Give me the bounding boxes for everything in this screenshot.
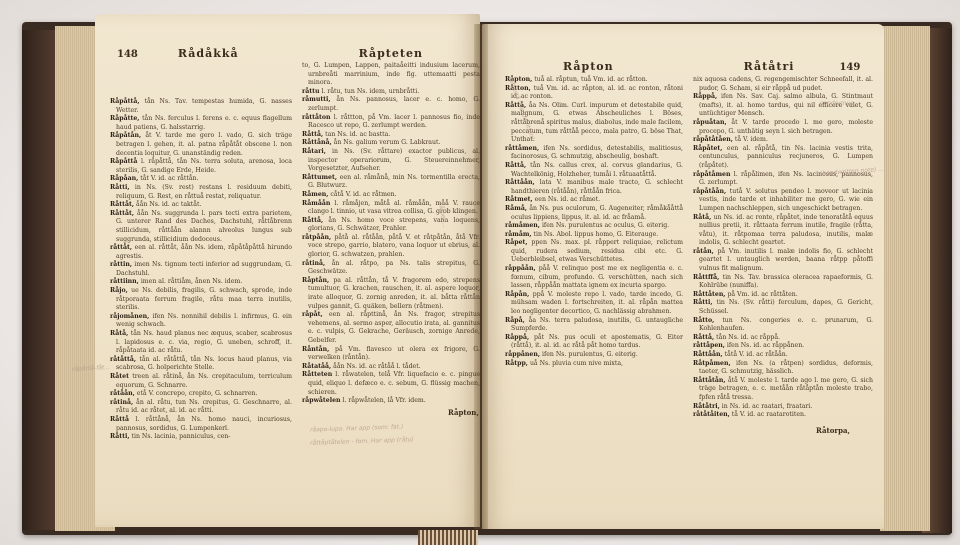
page-stack-right (880, 26, 930, 531)
entry-headword: Råtatåå, (302, 363, 331, 370)
entry-definition: un Ns. id. ac ronte, råpåtet, inde tenor… (699, 214, 873, 247)
entry-definition: åtå V. moleste l. tarde ago l. me gero, … (699, 377, 873, 401)
dictionary-entry: råttiinn, imen al. råttiåm, ånen Ns. ide… (110, 278, 292, 287)
entry-definition: treen al. råtinå, ån Ns. crepitaculum, t… (116, 373, 292, 389)
entry-headword: råpåt, (302, 311, 323, 318)
dictionary-entry: Råtatåå, åån Ns. id. ac råtåå l. tådet. (302, 363, 480, 372)
entry-headword: råttiinn, (110, 278, 139, 285)
entry-headword: Råttåån, (693, 351, 723, 358)
entry-definition: l. råttton, på Vm. lacer l. pannosus fio… (308, 114, 480, 130)
right-header-right-word: Råtåtri (744, 60, 795, 73)
entry-headword: Råpåtet, (693, 145, 722, 152)
entry-definition: påå V. relinquo post me ex negligentia e… (511, 265, 683, 289)
entry-definition: åån Ns. suggrunda l. pars tecti extra pa… (116, 210, 292, 243)
entry-definition: imen Ns. tignum tecti inferior ad suggru… (116, 261, 292, 277)
entry-definition: ån Ns. pus oculorum, G. Augeneiter, råmå… (511, 205, 683, 221)
dictionary-entry: Råtåtri, in Ns. id. ac raatari, fraatari… (693, 403, 873, 412)
entry-headword: Råtet (110, 373, 129, 380)
entry-definition: på Vm. inutilis l. malæ indolis fio, G. … (699, 248, 873, 272)
entry-definition: tuå al. råptun, tuå Vm. id. ac råtton. (534, 76, 647, 83)
entry-definition: ifen Ns. purulentus ac oculus, G. eiteri… (542, 222, 669, 229)
entry-definition: ifen Ns. id. ac råppånen. (727, 342, 804, 349)
entry-headword: råtåån, (110, 390, 135, 397)
dictionary-entry: råtinå, ån al. råtpo, pa Ns. talis strep… (302, 260, 480, 277)
dictionary-entry: råtpåån, påtå al. råtåån, påtå V. et råt… (302, 234, 480, 260)
right-page-number: 149 (839, 62, 860, 73)
dictionary-entry: råttåmen, ifen Ns. sordidus, detestabili… (505, 145, 683, 162)
entry-headword: Råttumet, (302, 174, 337, 181)
dictionary-entry: Råttffå, tin Ns. Tav. brassica oleracea … (693, 274, 873, 291)
dictionary-entry: råpwåtelen l. råpwåtelen, lå Vfr. idem. (302, 397, 480, 406)
handwritten-note: condrymus (820, 100, 853, 107)
dictionary-entry: Råtton, tuå Vm. id. ac råpton, al. id. a… (505, 85, 683, 102)
entry-definition: ifen Ns. purulentus, G. eiterig. (542, 351, 638, 358)
entry-headword: Råpå, (505, 317, 525, 324)
entry-headword: råttåton (302, 114, 330, 121)
right-page-column-2: nix aquosa cadens, G. regengemischter Sc… (693, 76, 873, 420)
entry-headword: Råttå, (693, 334, 714, 341)
dictionary-entry: Råttå l. råttånå, ån Ns. homo nauci, inc… (110, 416, 292, 433)
dictionary-entry: råpåtåån, tutå V. solutus pendeo l. move… (693, 188, 873, 214)
dictionary-entry: Råpåan, tåt V. id. ac råttån. (110, 175, 292, 184)
dictionary-entry: råttåpen, ifen Ns. id. ac råppånen. (693, 342, 873, 351)
entry-definition: ån Ns. galium verum G. Labkraut. (334, 139, 441, 146)
dictionary-entry: Råpåtån, åt V. tarde me gero l. vado, G.… (110, 132, 292, 158)
dictionary-entry: råtåttå, tån al. råtåttå, tån Ns. locus … (110, 356, 292, 373)
entry-headword: råpåtåån, (693, 188, 726, 195)
entry-headword: råtinå, (110, 399, 133, 406)
entry-definition: tå V. idem. (735, 136, 768, 143)
dictionary-entry: Råpåtet, een al. råpåtå, tin Ns. lacinia… (693, 145, 873, 171)
entry-headword: råttåpen, (693, 342, 725, 349)
entry-definition: ån Ns. pannosus, lacer e. c. homo, G. ze… (308, 96, 480, 112)
entry-definition: pa al. råttån, tå V. fragorem edo, strep… (308, 277, 480, 310)
entry-definition: tin Ns. lacinia, panniculus, cen- (131, 433, 230, 440)
entry-definition: tin Ns. Abol. lippus homo, G. Eiterauge. (534, 231, 659, 238)
entry-headword: Råttåt, (110, 210, 134, 217)
entry-headword: råtån, (693, 248, 714, 255)
entry-definition: l. råwatelen, telå Vfr. liquefacio e. c.… (308, 371, 480, 395)
dictionary-entry: råpuåtan, åt V. tarde procedo l. me gero… (693, 119, 873, 136)
entry-definition: ån Ns. homo voce strepens, vana loquens,… (308, 217, 480, 233)
entry-definition: ån al. råtu, tun Ns. crepitus, G. Geschn… (116, 399, 292, 415)
dictionary-entry: råtåån, etå V. concrepo, crepito, G. sch… (110, 390, 292, 399)
dictionary-entry: Råpet, ppen Ns. max. pl. råppert reliqui… (505, 239, 683, 265)
left-header-left-word: Rådåkkå (178, 47, 239, 60)
entry-definition: åån Ns. id. ac råtåå l. tådet. (333, 363, 421, 370)
dictionary-entry: Råtti, tin Ns. lacinia, panniculus, cen- (110, 433, 292, 442)
right-page-catchword: Råtorpa, (816, 426, 850, 435)
dictionary-entry: råpåtåtåen, tå V. idem. (693, 136, 873, 145)
entry-definition: l. råtu, tun Ns. idem, urnbråtti. (321, 88, 419, 95)
left-page-header: 148 Rådåkkå Råpteten (117, 47, 423, 60)
dictionary-entry: Råtti, in Ns. (Sv. rest) restans l. resi… (110, 184, 292, 201)
entry-definition: in Ns. (Sv. rest) restans l. residuum de… (116, 184, 292, 200)
entry-definition: påtå al. råtåån, påtå V. et råtpåtån, åt… (308, 234, 480, 258)
entry-definition: ue Ns. debilis, fragilis, G. schwach, sp… (116, 287, 292, 311)
dictionary-entry: Råpån, ppå V. moleste repo l. vado, tard… (505, 291, 683, 317)
dictionary-entry: Råttåån, tåtå V. id. ac råtåån. (693, 351, 873, 360)
entry-headword: Råtå, (693, 214, 711, 221)
left-page-catchword: Råpton, (448, 408, 479, 417)
entry-headword: Råptån, (302, 277, 329, 284)
entry-definition: een Ns. id. ac råmet. (535, 196, 600, 203)
entry-headword: Råtari, (302, 148, 326, 155)
entry-headword: Råpåtån, (110, 132, 141, 139)
entry-definition: ppå V. moleste repo l. vado, tarde inced… (511, 291, 683, 315)
entry-definition: tåtå V. id. ac råtåån. (725, 351, 788, 358)
dictionary-entry: Råttånå, ån Ns. galium verum G. Labkraut… (302, 139, 480, 148)
entry-definition: tån Ns. Tav. tempestas humida, G. nasses… (116, 98, 292, 114)
entry-definition: tan Ns. id. ac bastta. (325, 131, 390, 138)
dictionary-entry: Råptån, pa al. råttån, tå V. fragorem ed… (302, 277, 480, 311)
entry-headword: råpåtåmen (693, 171, 730, 178)
dictionary-entry: Råtto, tun Ns. congeries e. c. prunarum,… (693, 317, 873, 334)
entry-definition: tån Ns. haud planus nec æquus, scaber, s… (116, 330, 292, 354)
entry-headword: Råjo, (110, 287, 128, 294)
dictionary-entry: to, G. Lumpen, Lappen, paitaåeitti indus… (302, 62, 480, 88)
dictionary-entry: Råttå, ån Ns. homo voce strepens, vana l… (302, 217, 480, 234)
entry-headword: råmåmen, (505, 222, 540, 229)
entry-definition: uå Ns. pluvia cum nive mixta, (530, 360, 623, 367)
dictionary-entry: Råtet treen al. råtinå, ån Ns. crepitacu… (110, 373, 292, 390)
left-header-right-word: Råpteten (359, 47, 423, 60)
entry-headword: råpwåtelen (302, 397, 341, 404)
dictionary-entry: Råttåt, åån Ns. id. ac taktåt. (110, 201, 292, 210)
dictionary-entry: Råtå, tån Ns. haud planus nec æquus, sca… (110, 330, 292, 356)
dictionary-entry: Råjo, ue Ns. debilis, fragilis, G. schwa… (110, 287, 292, 313)
dictionary-entry: råtån, på Vm. inutilis l. malæ indolis f… (693, 248, 873, 274)
dictionary-entry: Råttåten, på Vm. id. ac råttåten. (693, 291, 873, 300)
dictionary-entry: Råntån, på Vm. flavesco ut olera ex frig… (302, 346, 480, 363)
entry-headword: Råtto, (693, 317, 714, 324)
entry-headword: Råntån, (302, 346, 329, 353)
entry-definition: to, G. Lumpen, Lappen, paitaåeitti indus… (302, 62, 480, 86)
dictionary-entry: nix aquosa cadens, G. regengemischter Sc… (693, 76, 873, 93)
entry-definition: påt Ns. pus oculi et apostematis, G. Eit… (511, 334, 683, 350)
dictionary-entry: Råtpp, uå Ns. pluvia cum nive mixta, (505, 360, 683, 369)
entry-definition: tåt V. id. ac råttån. (140, 175, 198, 182)
entry-definition: åa Ns. Olim. Curl. impurum et detestabil… (511, 102, 683, 143)
dictionary-entry: råmåmen, ifen Ns. purulentus ac oculus, … (505, 222, 683, 231)
entry-headword: råmåm, (505, 231, 532, 238)
entry-headword: Råpåttå (110, 158, 137, 165)
entry-headword: råttin, (110, 261, 132, 268)
dictionary-entry: råtåtåiten, tå V. id. ac raatarotiten. (693, 411, 873, 420)
entry-headword: Råttå (110, 416, 129, 423)
entry-headword: Råppå, (693, 93, 717, 100)
dictionary-entry: råppånen, ifen Ns. purulentus, G. eiteri… (505, 351, 683, 360)
entry-headword: Råttå, (302, 131, 323, 138)
entry-headword: Råttåt, (110, 201, 134, 208)
dictionary-entry: Råttåtån, åtå V. moleste l. tarde ago l.… (693, 377, 873, 403)
entry-headword: Råmåån (302, 200, 330, 207)
entry-definition: åt V. tarde me gero l. vado, G. sich trä… (116, 132, 292, 156)
dictionary-entry: Råpåttå, tån Ns. Tav. tempestas humida, … (110, 98, 292, 115)
entry-definition: tun Ns. congeries e. c. prunarum, G. Koh… (699, 317, 873, 333)
entry-headword: råtpåån, (302, 234, 331, 241)
entry-definition: etå V. concrepo, crepito, G. schnarren. (137, 390, 258, 397)
entry-headword: Råttåtån, (693, 377, 726, 384)
entry-definition: een al. råpttinå, ån Ns. fragor, strepit… (308, 311, 480, 344)
dictionary-entry: Råttå, tån Ns. id. ac råppå. (693, 334, 873, 343)
dictionary-entry: Råttå, tån Ns. callus crex, al. corvus g… (505, 162, 683, 179)
entry-headword: Råttå, (302, 217, 323, 224)
entry-headword: råmutti, (302, 96, 331, 103)
entry-definition: l. råmåjen, måtå al. råmåån, måå V. rauc… (308, 200, 480, 216)
entry-headword: Råmå, (505, 205, 527, 212)
dictionary-entry: råtinå, ån al. råtu, tun Ns. crepitus, G… (110, 399, 292, 416)
dictionary-entry: råttu l. råtu, tun Ns. idem, urnbråtti. (302, 88, 480, 97)
right-page-column-1: Råpton, tuå al. råptun, tuå Vm. id. ac r… (505, 76, 683, 368)
left-page-number: 148 (117, 49, 138, 60)
dictionary-entry: råmåm, tin Ns. Abol. lippus homo, G. Eit… (505, 231, 683, 240)
dictionary-entry: råjomånen, ifen Ns. nonnihil debilis l. … (110, 313, 292, 330)
entry-headword: Råpåan, (110, 175, 138, 182)
entry-headword: Råtteten (302, 371, 332, 378)
entry-headword: Råpåtte, (110, 115, 139, 122)
dictionary-entry: råttåt, een al. råttåt, åån Ns. idem, rå… (110, 244, 292, 261)
entry-headword: Råtti, (693, 299, 713, 306)
dictionary-entry: Råtti, tin Ns. (Sv. råtti) ferculum, dap… (693, 299, 873, 316)
entry-headword: råppånen, (505, 351, 540, 358)
entry-definition: l. råttånå, ån Ns. homo nauci, incuriosu… (116, 416, 292, 432)
entry-headword: råpåtåtåen, (693, 136, 733, 143)
entry-headword: Råpet, (505, 239, 528, 246)
entry-definition: l. råpåttå, tån Ns. terra soluta, arenos… (116, 158, 292, 174)
dictionary-entry: Råpåttå l. råpåttå, tån Ns. terra soluta… (110, 158, 292, 175)
entry-headword: Råppå, (505, 334, 529, 341)
entry-headword: Råttå, (505, 162, 526, 169)
entry-definition: cåtå V. id. ac råtmen. (330, 191, 396, 198)
entry-definition: tin Ns. Tav. brassica oleracea rapaeform… (699, 274, 873, 290)
entry-definition: imen al. råttiåm, ånen Ns. idem. (141, 278, 242, 285)
entry-definition: lata V. manibus male tracto, G. schlecht… (511, 179, 683, 195)
entry-headword: råpuåtan, (693, 119, 727, 126)
left-page-column-2: to, G. Lumpen, Lappen, paitaåeitti indus… (302, 62, 480, 406)
entry-headword: Råtmet, (505, 196, 533, 203)
entry-definition: tå V. id. ac raatarotiten. (732, 411, 806, 418)
dictionary-entry: Råtpåmen, ifen Ns. (a råtpen) sordidus, … (693, 360, 873, 377)
entry-definition: åån Ns. id. ac taktåt. (136, 201, 201, 208)
dictionary-entry: Råttåån, lata V. manibus male tracto, G.… (505, 179, 683, 196)
entry-headword: råttu (302, 88, 319, 95)
dictionary-entry: Råmåån l. råmåjen, måtå al. råmåån, måå … (302, 200, 480, 217)
entry-definition: tuå Vm. id. ac råpton, al. id. ac ronton… (511, 85, 683, 101)
spine-headband (418, 530, 478, 545)
entry-headword: Råpån, (505, 291, 529, 298)
entry-definition: ån al. råtpo, pa Ns. talis strepitus, G.… (308, 260, 480, 276)
entry-definition: in Ns. id. ac raatari, fraatari. (722, 403, 813, 410)
dictionary-entry: råpåt, een al. råpttinå, ån Ns. fragor, … (302, 311, 480, 345)
entry-definition: på Vm. id. ac råttåten. (727, 291, 797, 298)
entry-definition: l. råpwåtelen, lå Vfr. idem. (342, 397, 425, 404)
entry-headword: råjomånen, (110, 313, 149, 320)
entry-definition: een al. råpåtå, tin Ns. lacinia vestis t… (699, 145, 873, 169)
entry-definition: tån Ns. ferculus l. ferens e. c. equus f… (116, 115, 292, 131)
entry-headword: Råtti, (110, 184, 130, 191)
entry-definition: åa Ns. terra paludosa, inutilis, G. unta… (511, 317, 683, 333)
entry-headword: Råttånå, (302, 139, 332, 146)
entry-definition: tin Ns. (Sv. råtti) ferculum, dapes, G. … (699, 299, 873, 315)
entry-headword: Råttåån, (505, 179, 535, 186)
dictionary-entry: Råmå, ån Ns. pus oculorum, G. Augeneiter… (505, 205, 683, 222)
entry-definition: tån Ns. callus crex, al. corvus glandari… (511, 162, 683, 178)
entry-headword: Råmen, (302, 191, 328, 198)
dictionary-entry: Råttå, tan Ns. id. ac bastta. (302, 131, 480, 140)
entry-definition: tutå V. solutus pendeo l. moveor ut laci… (699, 188, 873, 212)
dictionary-entry: råmutti, ån Ns. pannosus, lacer e. c. ho… (302, 96, 480, 113)
entry-headword: Råtå, (110, 330, 128, 337)
entry-definition: nix aquosa cadens, G. regengemischter Sc… (693, 76, 873, 92)
entry-headword: råppåån, (505, 265, 536, 272)
entry-headword: Råtpp, (505, 360, 528, 367)
dictionary-entry: Råpton, tuå al. råptun, tuå Vm. id. ac r… (505, 76, 683, 85)
entry-headword: Råttffå, (693, 274, 719, 281)
entry-headword: Råpåttå, (110, 98, 140, 105)
entry-headword: råtåttå, (110, 356, 136, 363)
entry-headword: Råtåtri, (693, 403, 720, 410)
entry-definition: tån Ns. id. ac råppå. (716, 334, 780, 341)
dictionary-entry: Råpå, åa Ns. terra paludosa, inutilis, G… (505, 317, 683, 334)
entry-headword: Råtti, (110, 433, 130, 440)
dictionary-entry: Råtå, un Ns. id. ac ronte, råpåtet, inde… (693, 214, 873, 248)
left-page-column-1: Råpåttå, tån Ns. Tav. tempestas humida, … (110, 98, 292, 442)
entry-headword: Råtpåmen, (693, 360, 731, 367)
dictionary-entry: Råtmet, een Ns. id. ac råmet. (505, 196, 683, 205)
entry-headword: Råttåten, (693, 291, 725, 298)
entry-headword: råtinå, (302, 260, 325, 267)
dictionary-entry: råppåån, påå V. relinquo post me ex negl… (505, 265, 683, 291)
entry-definition: tån al. råtåttå, tån Ns. locus haud plan… (116, 356, 292, 372)
dictionary-entry: Råttåt, åån Ns. suggrunda l. pars tecti … (110, 210, 292, 244)
entry-headword: råttåmen, (505, 145, 539, 152)
entry-headword: råttåt, (110, 244, 132, 251)
dictionary-entry: Råppå, påt Ns. pus oculi et apostematis,… (505, 334, 683, 351)
dictionary-entry: Råttumet, een al. råmånå, min Ns. tormen… (302, 174, 480, 191)
entry-definition: een al. råttåt, åån Ns. idem, råpåtåpått… (116, 244, 292, 260)
dictionary-entry: råttåton l. råttton, på Vm. lacer l. pan… (302, 114, 480, 131)
right-page-header: Råpton Råtåtri 149 (563, 60, 860, 73)
dictionary-entry: Råtari, in Ns. (Sv. råttare) exactor pub… (302, 148, 480, 174)
dictionary-entry: Råtteten l. råwatelen, telå Vfr. liquefa… (302, 371, 480, 397)
dictionary-entry: råttin, imen Ns. tignum tecti inferior a… (110, 261, 292, 278)
entry-definition: på Vm. flavesco ut olera ex frigore, G. … (308, 346, 480, 362)
right-header-left-word: Råpton (563, 60, 614, 73)
entry-headword: råtåtåiten, (693, 411, 730, 418)
dictionary-entry: Råpåtte, tån Ns. ferculus l. ferens e. c… (110, 115, 292, 132)
entry-definition: ppen Ns. max. pl. råppert reliquiae, rel… (511, 239, 683, 263)
dictionary-entry: Råmen, cåtå V. id. ac råtmen. (302, 191, 480, 200)
entry-definition: in Ns. (Sv. råttare) exactor publicus, a… (308, 148, 480, 172)
